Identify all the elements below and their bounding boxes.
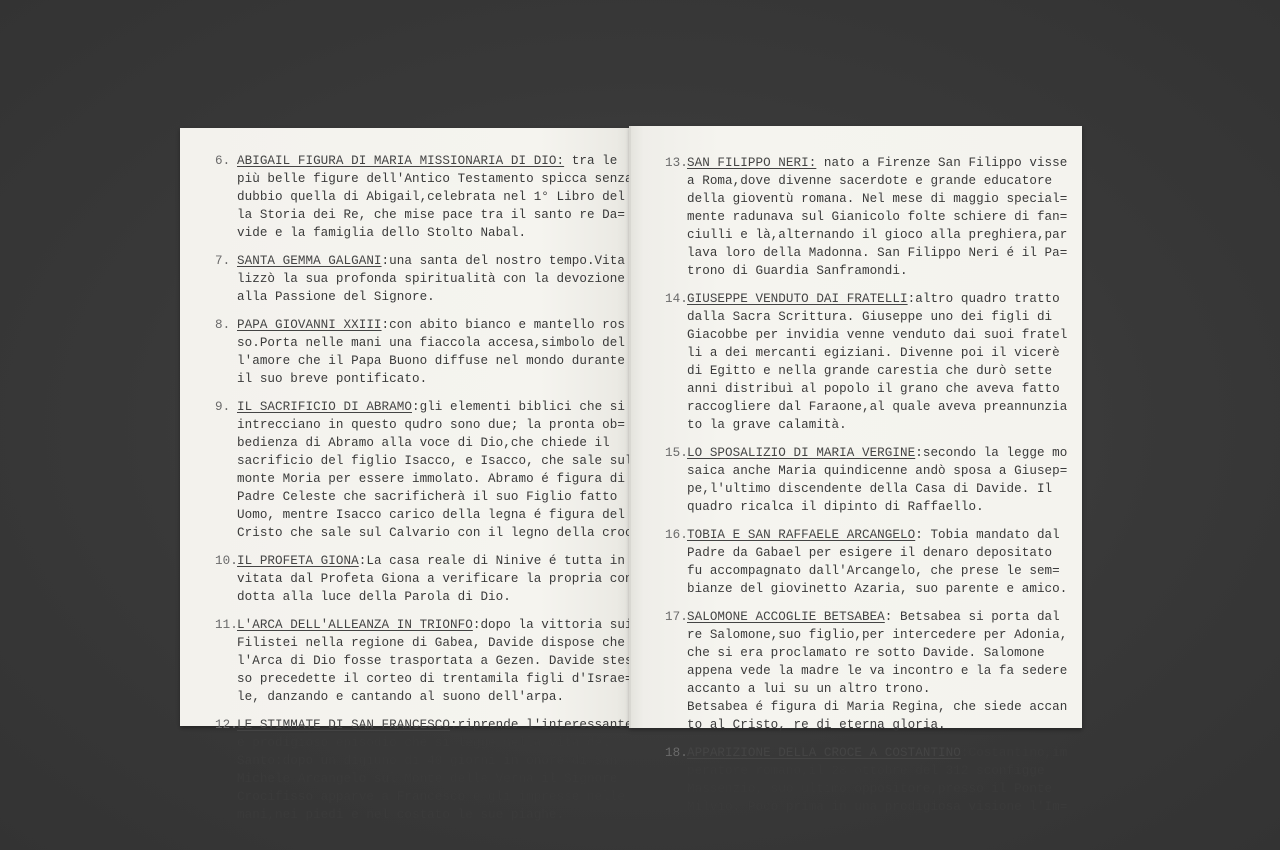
entry-text-line: saica anche Maria quindicenne andò sposa… xyxy=(687,462,1075,480)
entry-title: LO SPOSALIZIO DI MARIA VERGINE xyxy=(687,446,915,460)
entry-title: LE STIMMATE DI SAN FRANCESCO xyxy=(237,718,450,732)
entry-text: :riprende l'interessante xyxy=(450,718,633,732)
entry-text-line: dotta alla luce della Parola di Dio. xyxy=(237,588,625,606)
entry-text-line: bedienza di Abramo alla voce di Dio,che … xyxy=(237,434,625,452)
list-item: 9.IL SACRIFICIO DI ABRAMO:gli elementi b… xyxy=(215,398,625,542)
entry-title: ABIGAIL FIGURA DI MARIA MISSIONARIA DI D… xyxy=(237,154,564,168)
entry-text-line: l'amore che il Papa Buono diffuse nel mo… xyxy=(237,352,625,370)
entry-text-line: Michele Arcangelo sul Monte della Verna … xyxy=(237,770,625,788)
entry-first-line: APPARIZIONE DELLA CROCE A COSTANTINO:Cos… xyxy=(687,744,1075,762)
entry-title: IL SACRIFICIO DI ABRAMO xyxy=(237,400,412,414)
entry-text-line: to la grave calamità. xyxy=(687,416,1075,434)
list-item: 17.SALOMONE ACCOGLIE BETSABEA: Betsabea … xyxy=(665,608,1075,734)
entry-first-line: GIUSEPPE VENDUTO DAI FRATELLI:altro quad… xyxy=(687,290,1075,308)
entry-text-line: dalla Sacra Scrittura. Giuseppe uno dei … xyxy=(687,308,1075,326)
list-item: 15.LO SPOSALIZIO DI MARIA VERGINE:second… xyxy=(665,444,1075,516)
entry-text-line: più belle figure dell'Antico Testamento … xyxy=(237,170,625,188)
entry-text-line: monte Moria per essere immolato. Abramo … xyxy=(237,470,625,488)
entry-text-line: a Roma,dove divenne sacerdote e grande e… xyxy=(687,172,1075,190)
entry-text-line: ciulli e là,alternando il gioco alla pre… xyxy=(687,226,1075,244)
entry-number: 17. xyxy=(665,608,688,626)
entry-text-line: dubbio quella di Abigail,celebrata nel 1… xyxy=(237,188,625,206)
entry-text-line: fu accompagnato dall'Arcangelo, che pres… xyxy=(687,562,1075,580)
entry-first-line: L'ARCA DELL'ALLEANZA IN TRIONFO:dopo la … xyxy=(237,616,625,634)
entry-number: 7. xyxy=(215,252,230,270)
entry-text-line: le, danzando e cantando al suono dell'ar… xyxy=(237,688,625,706)
list-item: 10.IL PROFETA GIONA:La casa reale di Nin… xyxy=(215,552,625,606)
entry-text-line: pe,l'ultimo discendente della Casa di Da… xyxy=(687,480,1075,498)
entry-text-line: so precedette il corteo di trentamila fi… xyxy=(237,670,625,688)
list-item: 13.SAN FILIPPO NERI: nato a Firenze San … xyxy=(665,154,1075,280)
entry-text-line: Uomo, mentre Isacco carico della legna é… xyxy=(237,506,625,524)
entry-number: 15. xyxy=(665,444,688,462)
entry-text-line: la Storia dei Re, che mise pace tra il s… xyxy=(237,206,625,224)
entry-text-line: il suo breve pontificato. xyxy=(237,370,625,388)
right-page-entries: 13.SAN FILIPPO NERI: nato a Firenze San … xyxy=(665,154,1075,826)
entry-text-line: Giacobbe per invidia venne venduto dai s… xyxy=(687,326,1075,344)
entry-first-line: SAN FILIPPO NERI: nato a Firenze San Fil… xyxy=(687,154,1075,172)
booklet-spine xyxy=(629,126,631,728)
entry-text-line: mani,nei piedi e nel costato le sue piag… xyxy=(237,806,625,824)
entry-text: :con abito bianco e mantello ros xyxy=(382,318,625,332)
entry-text-line: mente radunava sul Gianicolo folte schie… xyxy=(687,208,1075,226)
entry-title: SANTA GEMMA GALGANI xyxy=(237,254,382,268)
entry-first-line: SANTA GEMMA GALGANI:una santa del nostro… xyxy=(237,252,625,270)
entry-text-line: Betsabea é figura di Maria Regina, che s… xyxy=(687,698,1075,716)
open-booklet: 6.ABIGAIL FIGURA DI MARIA MISSIONARIA DI… xyxy=(180,128,1082,728)
entry-number: 12. xyxy=(215,716,238,734)
entry-text-line: l'Arca di Dio fosse trasportata a Gezen.… xyxy=(237,652,625,670)
entry-text-line: re Salomone,suo figlio,per intercedere p… xyxy=(687,626,1075,644)
entry-first-line: LO SPOSALIZIO DI MARIA VERGINE:secondo l… xyxy=(687,444,1075,462)
entry-text-line: Padre Celeste che sacrificherà il suo Fi… xyxy=(237,488,625,506)
entry-text-line: di Egitto e nella grande carestia che du… xyxy=(687,362,1075,380)
entry-text-line: trono di Guardia Sanframondi. xyxy=(687,262,1075,280)
entry-text-line: Padre da Gabael per esigere il denaro de… xyxy=(687,544,1075,562)
entry-text: :dopo la vittoria sui xyxy=(473,618,633,632)
entry-number: 8. xyxy=(215,316,230,334)
list-item: 12.LE STIMMATE DI SAN FRANCESCO:riprende… xyxy=(215,716,625,824)
entry-text: :altro quadro tratto xyxy=(908,292,1060,306)
entry-text-line: raccogliere dal Faraone,al quale aveva p… xyxy=(687,398,1075,416)
entry-text-line: vide e la famiglia dello Stolto Nabal. xyxy=(237,224,625,242)
entry-text-line: peratore romano,il 28 ottobre del 312 sc… xyxy=(687,762,1075,780)
entry-number: 18. xyxy=(665,744,688,762)
entry-text: nato a Firenze San Filippo visse xyxy=(816,156,1067,170)
entry-title: PAPA GIOVANNI XXIII xyxy=(237,318,382,332)
entry-text: :gli elementi biblici che si xyxy=(412,400,625,414)
entry-title: L'ARCA DELL'ALLEANZA IN TRIONFO xyxy=(237,618,473,632)
left-page-entries: 6.ABIGAIL FIGURA DI MARIA MISSIONARIA DI… xyxy=(215,152,625,834)
entry-first-line: IL PROFETA GIONA:La casa reale di Ninive… xyxy=(237,552,625,570)
left-page: 6.ABIGAIL FIGURA DI MARIA MISSIONARIA DI… xyxy=(180,128,630,726)
entry-text-line: intrecciano in questo qudro sono due; la… xyxy=(237,416,625,434)
entry-text: :secondo la legge mo xyxy=(915,446,1067,460)
entry-title: SALOMONE ACCOGLIE BETSABEA xyxy=(687,610,885,624)
entry-text: : Betsabea si porta dal xyxy=(885,610,1060,624)
entry-text-line: Crocifisso apparve a Francesco e gli imp… xyxy=(237,788,625,806)
entry-first-line: LE STIMMATE DI SAN FRANCESCO:riprende l'… xyxy=(237,716,625,734)
list-item: 16.TOBIA E SAN RAFFAELE ARCANGELO: Tobia… xyxy=(665,526,1075,598)
entry-number: 11. xyxy=(215,616,238,634)
entry-first-line: IL SACRIFICIO DI ABRAMO:gli elementi bib… xyxy=(237,398,625,416)
list-item: 7.SANTA GEMMA GALGANI:una santa del nost… xyxy=(215,252,625,306)
entry-number: 9. xyxy=(215,398,230,416)
entry-title: GIUSEPPE VENDUTO DAI FRATELLI xyxy=(687,292,908,306)
entry-number: 6. xyxy=(215,152,230,170)
entry-text: tra le xyxy=(564,154,617,168)
entry-title: APPARIZIONE DELLA CROCE A COSTANTINO xyxy=(687,746,961,760)
entry-number: 10. xyxy=(215,552,238,570)
entry-text-line: lizzò la sua profonda spiritualità con l… xyxy=(237,270,625,288)
entry-text-line: bianze del giovinetto Azaria, suo parent… xyxy=(687,580,1075,598)
entry-title: IL PROFETA GIONA xyxy=(237,554,359,568)
entry-number: 13. xyxy=(665,154,688,172)
list-item: 6.ABIGAIL FIGURA DI MARIA MISSIONARIA DI… xyxy=(215,152,625,242)
entry-first-line: TOBIA E SAN RAFFAELE ARCANGELO: Tobia ma… xyxy=(687,526,1075,544)
entry-text-line: Filistei nella regione di Gabea, Davide … xyxy=(237,634,625,652)
entry-text-line: vitata dal Profeta Giona a verificare la… xyxy=(237,570,625,588)
entry-text: : Tobia mandato dal xyxy=(915,528,1060,542)
list-item: 18.APPARIZIONE DELLA CROCE A COSTANTINO:… xyxy=(665,744,1075,816)
entry-text-line: e prodigioso episodio che si legge nella… xyxy=(237,734,625,752)
entry-text: :La casa reale di Ninive é tutta in xyxy=(359,554,625,568)
entry-text-line: to al Cristo, re di eterna gloria. xyxy=(687,716,1075,734)
entry-text-line: appena vede la madre le va incontro e la… xyxy=(687,662,1075,680)
entry-first-line: ABIGAIL FIGURA DI MARIA MISSIONARIA DI D… xyxy=(237,152,625,170)
right-page: 13.SAN FILIPPO NERI: nato a Firenze San … xyxy=(630,126,1082,728)
entry-text-line: li a dei mercanti egiziani. Divenne poi … xyxy=(687,344,1075,362)
entry-text-line: anni distribuì al popolo il grano che av… xyxy=(687,380,1075,398)
list-item: 14.GIUSEPPE VENDUTO DAI FRATELLI:altro q… xyxy=(665,290,1075,434)
entry-text-line: Massenzio, suo ultimo oppositore,presso … xyxy=(687,780,1075,798)
entry-title: SAN FILIPPO NERI: xyxy=(687,156,816,170)
entry-text-line: Cristo che sale sul Calvario con il legn… xyxy=(237,524,625,542)
entry-number: 14. xyxy=(665,290,688,308)
entry-number: 16. xyxy=(665,526,688,544)
entry-text-line: quadro ricalca il dipinto di Raffaello. xyxy=(687,498,1075,516)
list-item: 11.L'ARCA DELL'ALLEANZA IN TRIONFO:dopo … xyxy=(215,616,625,706)
entry-text-line: Milvio. Poco prima in una prodigiosa vis… xyxy=(687,798,1075,816)
list-item: 8.PAPA GIOVANNI XXIII:con abito bianco e… xyxy=(215,316,625,388)
entry-text-line: sacrificio del figlio Isacco, e Isacco, … xyxy=(237,452,625,470)
entry-text-line: Santo:dopo un digiuno di 40 giorni in on… xyxy=(237,752,625,770)
entry-text-line: lava loro della Madonna. San Filippo Ner… xyxy=(687,244,1075,262)
entry-first-line: PAPA GIOVANNI XXIII:con abito bianco e m… xyxy=(237,316,625,334)
entry-text-line: che si era proclamato re sotto Davide. S… xyxy=(687,644,1075,662)
entry-text-line: accanto a lui su un altro trono. xyxy=(687,680,1075,698)
entry-text: :una santa del nostro tempo.Vita xyxy=(382,254,625,268)
entry-text-line: so.Porta nelle mani una fiaccola accesa,… xyxy=(237,334,625,352)
entry-text: :Costantino,im xyxy=(961,746,1068,760)
entry-text-line: alla Passione del Signore. xyxy=(237,288,625,306)
entry-text-line: della gioventù romana. Nel mese di maggi… xyxy=(687,190,1075,208)
entry-title: TOBIA E SAN RAFFAELE ARCANGELO xyxy=(687,528,915,542)
entry-first-line: SALOMONE ACCOGLIE BETSABEA: Betsabea si … xyxy=(687,608,1075,626)
